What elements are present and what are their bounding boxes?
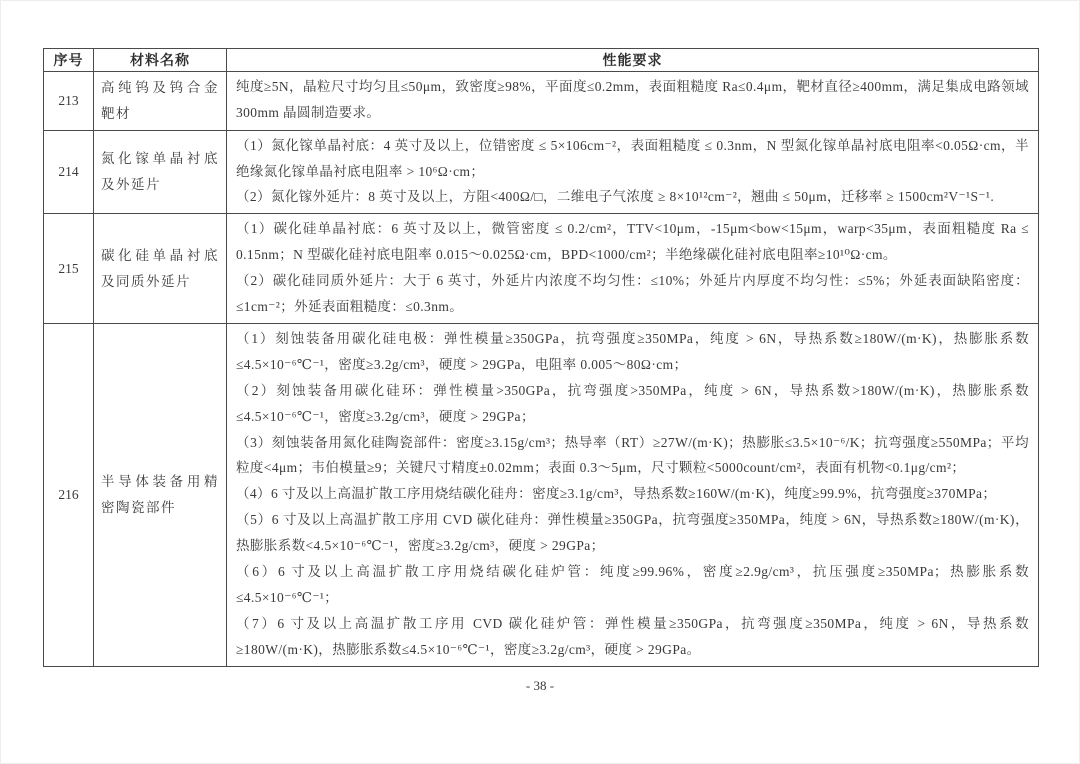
requirement-paragraph: （3）刻蚀装备用氮化硅陶瓷部件：密度≥3.15g/cm³；热导率（RT）≥27W… [236,430,1029,482]
row-serial-number: 214 [44,130,94,214]
row-material-name: 半导体装备用精密陶瓷部件 [94,323,227,666]
requirement-paragraph: （5）6 寸及以上高温扩散工序用 CVD 碳化硅舟：弹性模量≥350GPa，抗弯… [236,507,1029,559]
table-row: 215 碳化硅单晶衬底及同质外延片 （1）碳化硅单晶衬底：6 英寸及以上，微管密… [44,214,1039,324]
requirement-paragraph: （2）刻蚀装备用碳化硅环：弹性模量>350GPa，抗弯强度>350MPa，纯度 … [236,378,1029,430]
row-requirements: （1）碳化硅单晶衬底：6 英寸及以上，微管密度 ≤ 0.2/cm²，TTV<10… [227,214,1039,324]
row-material-name: 高纯钨及钨合金靶材 [94,72,227,131]
materials-spec-table: 序号 材料名称 性能要求 213 高纯钨及钨合金靶材 纯度≥5N，晶粒尺寸均匀且… [43,48,1039,667]
row-requirements: （1）刻蚀装备用碳化硅电极：弹性模量≥350GPa，抗弯强度≥350MPa，纯度… [227,323,1039,666]
row-material-name: 碳化硅单晶衬底及同质外延片 [94,214,227,324]
header-performance-requirements: 性能要求 [227,49,1039,72]
row-requirements: （1）氮化镓单晶衬底：4 英寸及以上，位错密度 ≤ 5×106cm⁻²，表面粗糙… [227,130,1039,214]
requirement-paragraph: （4）6 寸及以上高温扩散工序用烧结碳化硅舟：密度≥3.1g/cm³，导热系数≥… [236,481,1029,507]
header-material-name: 材料名称 [94,49,227,72]
table-row: 214 氮化镓单晶衬底及外延片 （1）氮化镓单晶衬底：4 英寸及以上，位错密度 … [44,130,1039,214]
header-serial-number: 序号 [44,49,94,72]
requirement-paragraph: （1）氮化镓单晶衬底：4 英寸及以上，位错密度 ≤ 5×106cm⁻²，表面粗糙… [236,133,1029,185]
requirement-paragraph: （1）刻蚀装备用碳化硅电极：弹性模量≥350GPa，抗弯强度≥350MPa，纯度… [236,326,1029,378]
row-serial-number: 213 [44,72,94,131]
row-material-name: 氮化镓单晶衬底及外延片 [94,130,227,214]
table-row: 213 高纯钨及钨合金靶材 纯度≥5N，晶粒尺寸均匀且≤50μm，致密度≥98%… [44,72,1039,131]
page-number: - 38 - [1,678,1079,694]
table-row: 216 半导体装备用精密陶瓷部件 （1）刻蚀装备用碳化硅电极：弹性模量≥350G… [44,323,1039,666]
requirement-paragraph: （6）6 寸及以上高温扩散工序用烧结碳化硅炉管：纯度≥99.96%，密度≥2.9… [236,559,1029,611]
requirement-paragraph: （2）碳化硅同质外延片：大于 6 英寸，外延片内浓度不均匀性：≤10%；外延片内… [236,268,1029,320]
table-header-row: 序号 材料名称 性能要求 [44,49,1039,72]
row-requirements: 纯度≥5N，晶粒尺寸均匀且≤50μm，致密度≥98%，平面度≤0.2mm，表面粗… [227,72,1039,131]
requirement-paragraph: （7）6 寸及以上高温扩散工序用 CVD 碳化硅炉管：弹性模量≥350GPa，抗… [236,611,1029,663]
document-page: 序号 材料名称 性能要求 213 高纯钨及钨合金靶材 纯度≥5N，晶粒尺寸均匀且… [0,0,1080,764]
spec-table-body: 213 高纯钨及钨合金靶材 纯度≥5N，晶粒尺寸均匀且≤50μm，致密度≥98%… [44,72,1039,667]
requirement-paragraph: （1）碳化硅单晶衬底：6 英寸及以上，微管密度 ≤ 0.2/cm²，TTV<10… [236,216,1029,268]
requirement-paragraph: （2）氮化镓外延片：8 英寸及以上，方阻<400Ω/□，二维电子气浓度 ≥ 8×… [236,184,1029,210]
requirement-paragraph: 纯度≥5N，晶粒尺寸均匀且≤50μm，致密度≥98%，平面度≤0.2mm，表面粗… [236,74,1029,126]
row-serial-number: 215 [44,214,94,324]
row-serial-number: 216 [44,323,94,666]
